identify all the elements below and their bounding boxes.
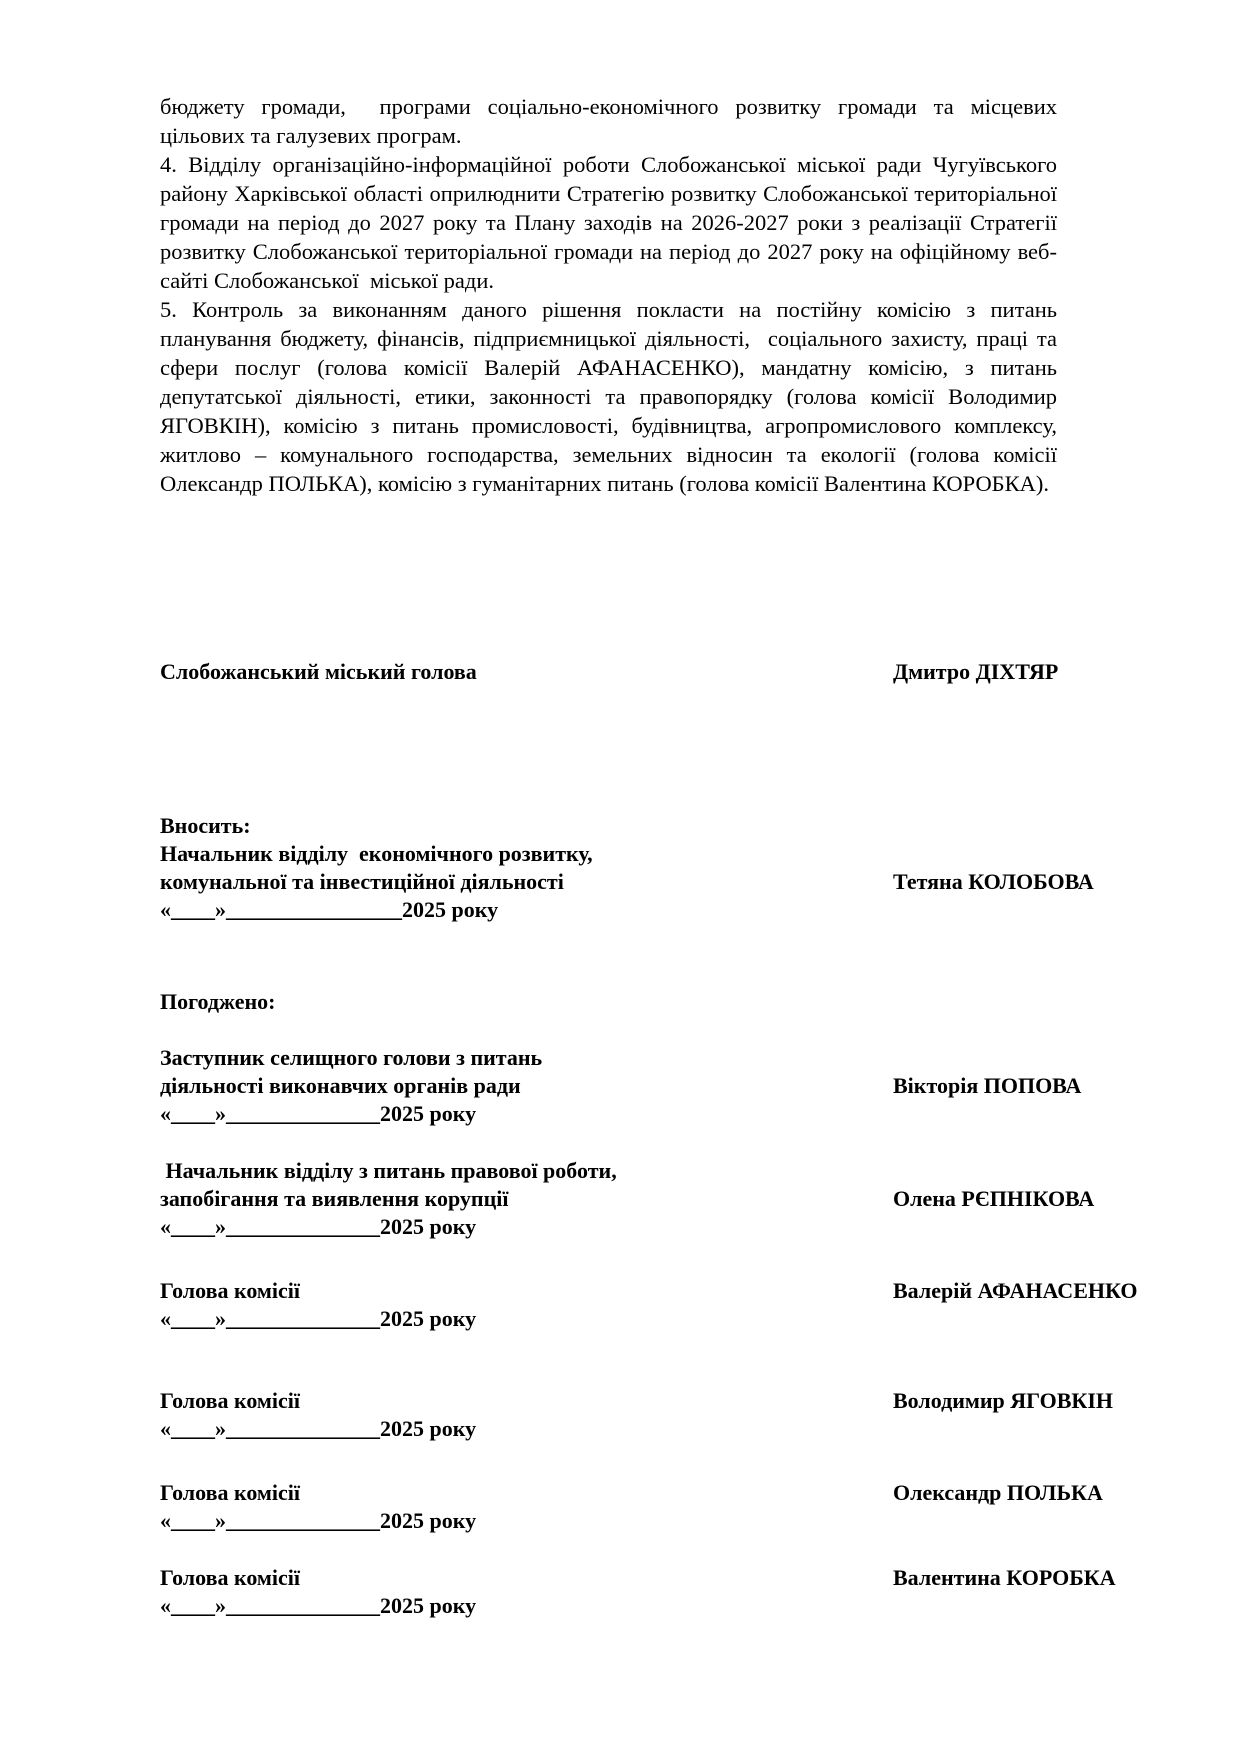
sign-title-line: Начальник відділу економічного розвитку, bbox=[160, 840, 1057, 868]
sign-title-line: Голова комісії Валентина КОРОБКА bbox=[160, 1564, 1057, 1592]
sign-title: Голова комісії bbox=[160, 1277, 893, 1305]
sign-title: Начальник відділу з питань правової робо… bbox=[160, 1157, 893, 1185]
sign-date-line: «____»______________2025 року bbox=[160, 1213, 1057, 1241]
sign-title: Голова комісії bbox=[160, 1387, 893, 1415]
sign-title: Голова комісії bbox=[160, 1479, 893, 1507]
sign-name: Тетяна КОЛОБОВА bbox=[893, 868, 1094, 896]
sign-title-line: діяльності виконавчих органів ради Вікто… bbox=[160, 1072, 1057, 1100]
submits-label: Вносить: bbox=[160, 812, 1057, 840]
sign-title: комунальної та інвестиційної діяльності bbox=[160, 868, 893, 896]
sign-title: Голова комісії bbox=[160, 1564, 893, 1592]
sign-title-line: Голова комісії Володимир ЯГОВКІН bbox=[160, 1387, 1057, 1415]
sign-block-popova: Заступник селищного голови з питань діял… bbox=[160, 1044, 1057, 1128]
sign-block-yagovkin: Голова комісії Володимир ЯГОВКІН «____»_… bbox=[160, 1387, 1057, 1443]
sign-name: Олена РЄПНІКОВА bbox=[893, 1185, 1094, 1213]
document-body: бюджету громади, програми соціально-екон… bbox=[160, 92, 1057, 1620]
sign-name: Валентина КОРОБКА bbox=[893, 1564, 1116, 1592]
sign-block-repnikova: Начальник відділу з питань правової робо… bbox=[160, 1157, 1057, 1241]
date-blank: «____»______________2025 року bbox=[160, 1415, 893, 1443]
mayor-name: Дмитро ДІХТЯР bbox=[893, 658, 1058, 686]
sign-title-line: запобігання та виявлення корупції Олена … bbox=[160, 1185, 1057, 1213]
date-blank: «____»______________2025 року bbox=[160, 1100, 893, 1128]
document-page: бюджету громади, програми соціально-екон… bbox=[0, 0, 1240, 1754]
agreed-label: Погоджено: bbox=[160, 988, 1057, 1016]
date-blank: «____»________________2025 року bbox=[160, 896, 893, 924]
sign-name: Володимир ЯГОВКІН bbox=[893, 1387, 1113, 1415]
date-blank: «____»______________2025 року bbox=[160, 1507, 893, 1535]
signature-area: Слобожанський міський голова Дмитро ДІХТ… bbox=[160, 658, 1057, 1620]
sign-name: Вікторія ПОПОВА bbox=[893, 1072, 1081, 1100]
sign-title: Начальник відділу економічного розвитку, bbox=[160, 840, 893, 868]
sign-title: діяльності виконавчих органів ради bbox=[160, 1072, 893, 1100]
sign-title-line: Голова комісії Олександр ПОЛЬКА bbox=[160, 1479, 1057, 1507]
date-blank: «____»______________2025 року bbox=[160, 1305, 893, 1333]
sign-block-korobka: Голова комісії Валентина КОРОБКА «____»_… bbox=[160, 1564, 1057, 1620]
sign-title-line: Голова комісії Валерій АФАНАСЕНКО bbox=[160, 1277, 1057, 1305]
date-blank: «____»______________2025 року bbox=[160, 1592, 893, 1620]
sign-date-line: «____»______________2025 року bbox=[160, 1305, 1057, 1333]
sign-block-afanasenko: Голова комісії Валерій АФАНАСЕНКО «____»… bbox=[160, 1277, 1057, 1333]
sign-name: Олександр ПОЛЬКА bbox=[893, 1479, 1103, 1507]
sign-block-polka: Голова комісії Олександр ПОЛЬКА «____»__… bbox=[160, 1479, 1057, 1535]
date-blank: «____»______________2025 року bbox=[160, 1213, 893, 1241]
sign-date-line: «____»________________2025 року bbox=[160, 896, 1057, 924]
sign-block-kolobova: Начальник відділу економічного розвитку,… bbox=[160, 840, 1057, 924]
paragraph-item-5: 5. Контроль за виконанням даного рішення… bbox=[160, 295, 1057, 498]
sign-title: запобігання та виявлення корупції bbox=[160, 1185, 893, 1213]
paragraph-continuation: бюджету громади, програми соціально-екон… bbox=[160, 92, 1057, 150]
sign-date-line: «____»______________2025 року bbox=[160, 1592, 1057, 1620]
mayor-signature-row: Слобожанський міський голова Дмитро ДІХТ… bbox=[160, 658, 1057, 686]
sign-date-line: «____»______________2025 року bbox=[160, 1507, 1057, 1535]
sign-title: Заступник селищного голови з питань bbox=[160, 1044, 893, 1072]
sign-title-line: Заступник селищного голови з питань bbox=[160, 1044, 1057, 1072]
paragraph-item-4: 4. Відділу організаційно-інформаційної р… bbox=[160, 150, 1057, 295]
sign-date-line: «____»______________2025 року bbox=[160, 1415, 1057, 1443]
sign-date-line: «____»______________2025 року bbox=[160, 1100, 1057, 1128]
mayor-title: Слобожанський міський голова bbox=[160, 658, 893, 686]
sign-title-line: комунальної та інвестиційної діяльності … bbox=[160, 868, 1057, 896]
sign-name: Валерій АФАНАСЕНКО bbox=[893, 1277, 1138, 1305]
sign-title-line: Начальник відділу з питань правової робо… bbox=[160, 1157, 1057, 1185]
